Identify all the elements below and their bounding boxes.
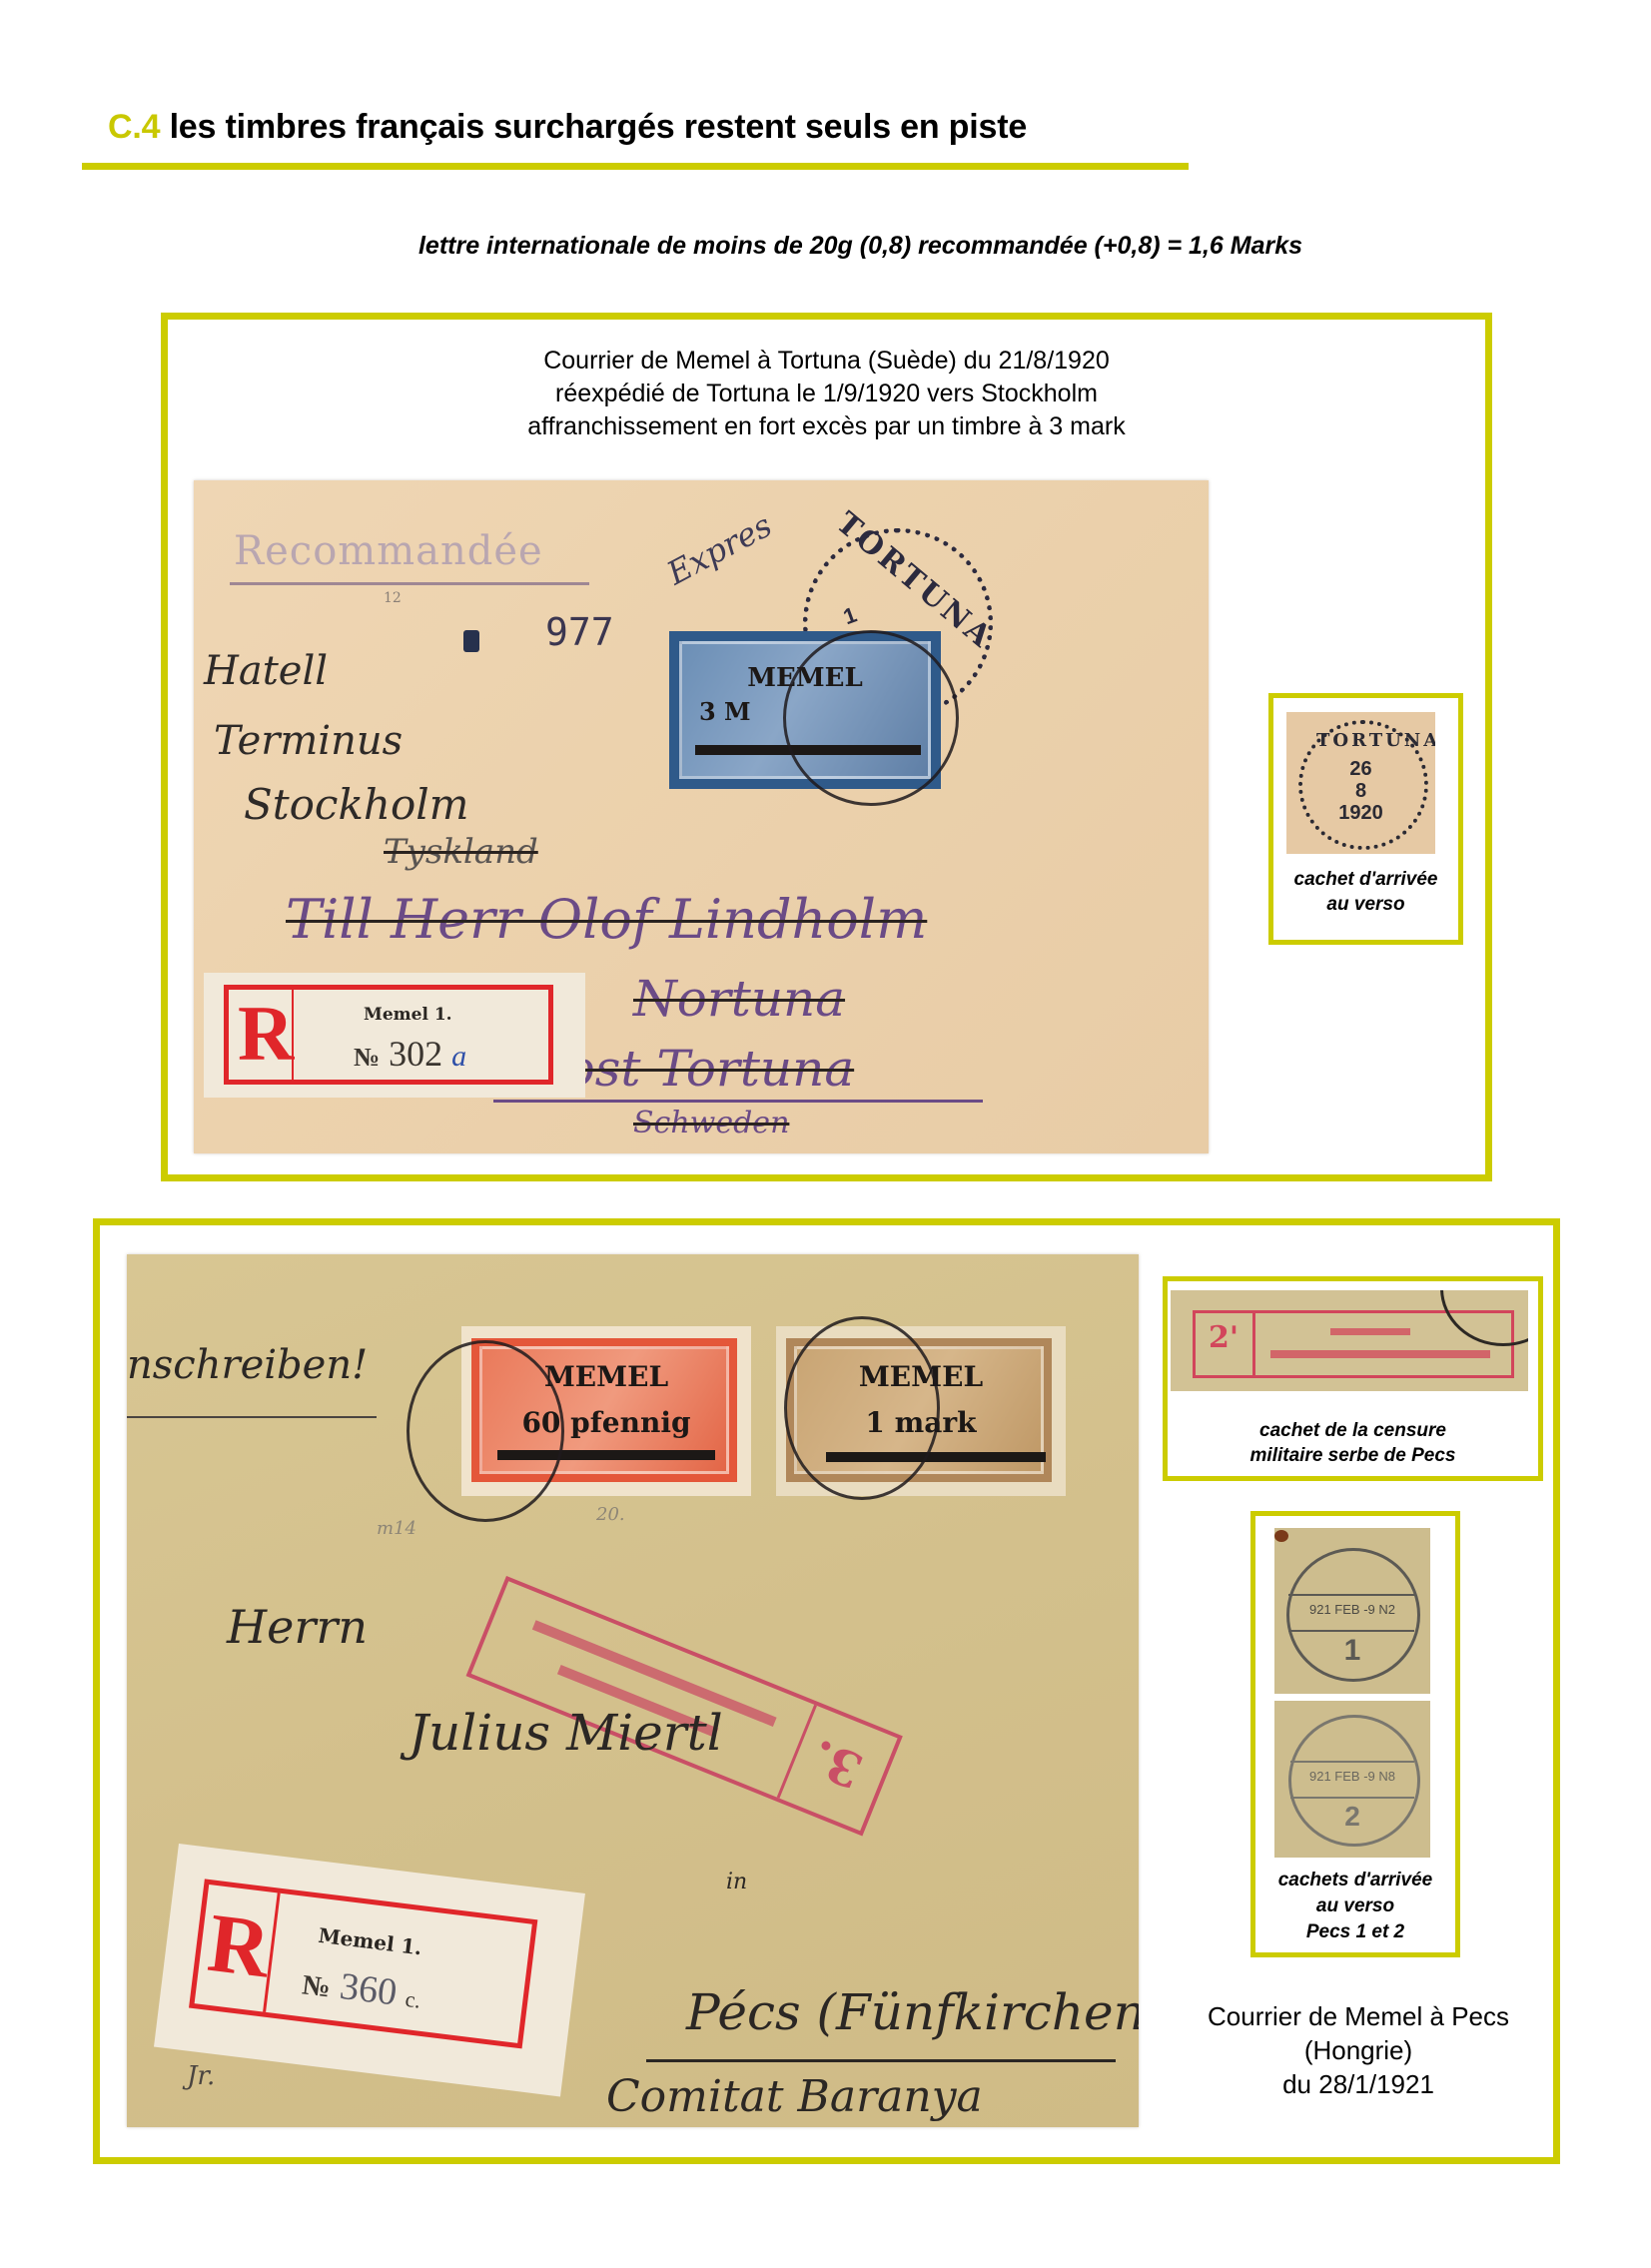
address-line: in — [726, 1870, 747, 1894]
postal-rate-subtitle: lettre internationale de moins de 20g (0… — [0, 232, 1651, 261]
number-suffix: c. — [404, 1986, 421, 2013]
section-number: C.4 — [108, 108, 160, 146]
address-line: Comitat Baranya — [606, 2071, 983, 2122]
address-line: Terminus — [214, 718, 403, 764]
number-prefix: № — [354, 1043, 380, 1072]
postmark-office: 1 — [1274, 1634, 1430, 1668]
address-underline — [646, 2059, 1116, 2062]
censor-divider — [777, 1705, 817, 1799]
cover1-envelope-image: Recommandée 12 977 Expres TORTUNA 1 9 19… — [194, 480, 1209, 1153]
number-value: 302 — [389, 1034, 442, 1074]
initials: Jr. — [187, 2061, 215, 2091]
address-underline — [493, 1100, 983, 1103]
ink-blot — [463, 630, 479, 652]
registration-office: Memel 1. — [364, 1005, 452, 1025]
caption-line: cachets d'arrivée — [1250, 1868, 1460, 1893]
arrival-postmark-year: 1920 — [1286, 802, 1435, 825]
arrival-postmark-day: 26 — [1286, 758, 1435, 781]
cover2-envelope-image: nschreiben! MEMEL 60 pfennig MEMEL 1 mar… — [127, 1254, 1139, 2127]
recommandee-underline — [230, 582, 589, 585]
address-line: Pécs (Fünfkirchen) — [686, 1983, 1139, 2041]
tortuna-arrival-postmark-image: TORTUNA 26 8 1920 — [1286, 712, 1435, 854]
caption-line: au verso — [1250, 1893, 1460, 1919]
caption-line: au verso — [1268, 892, 1463, 917]
cover1-caption-line: affranchissement en fort excès par un ti… — [161, 410, 1492, 443]
pencil-note: 20. — [596, 1504, 625, 1525]
cover1-caption: Courrier de Memel à Tortuna (Suède) du 2… — [161, 345, 1492, 443]
caption-line: du 28/1/1921 — [1169, 2067, 1548, 2101]
pencil-note: 12 — [384, 590, 402, 606]
censor-number: 3. — [803, 1728, 870, 1799]
censor-number: 2' — [1209, 1320, 1238, 1355]
address-line: Herrn — [227, 1600, 368, 1654]
cover1-caption-line: réexpédié de Tortuna le 1/9/1920 vers St… — [161, 378, 1492, 410]
pecs-inset-caption: cachets d'arrivée au verso Pecs 1 et 2 — [1250, 1868, 1460, 1945]
caption-line: militaire serbe de Pecs — [1163, 1443, 1543, 1468]
censor-divider — [1252, 1310, 1255, 1378]
censor-text-line — [1270, 1350, 1490, 1358]
censor-inset-caption: cachet de la censure militaire serbe de … — [1163, 1418, 1543, 1468]
einschreiben-handwriting: nschreiben! — [127, 1342, 368, 1388]
number-prefix: № — [301, 1969, 333, 2003]
caption-line: (Hongrie) — [1169, 2033, 1548, 2067]
caption-line: cachet de la censure — [1163, 1418, 1543, 1443]
caption-line: Courrier de Memel à Pecs — [1169, 1999, 1548, 2033]
page-title: C.4 les timbres français surchargés rest… — [108, 108, 1027, 147]
pencil-note: m14 — [377, 1518, 416, 1539]
postmark-day: 1 — [840, 602, 860, 631]
expres-handwriting: Expres — [661, 506, 778, 592]
address-line-struck: Tyskland — [384, 832, 538, 872]
memel-cancel — [783, 630, 959, 806]
registration-r: R — [238, 989, 294, 1079]
postmark-date: 921 FEB -9 N2 — [1274, 1602, 1430, 1617]
registration-label: R Memel 1. № 302 a — [204, 973, 585, 1098]
arrival-postmark-month: 8 — [1286, 780, 1435, 803]
cover1-caption-line: Courrier de Memel à Tortuna (Suède) du 2… — [161, 345, 1492, 378]
memel-cancel-1 — [407, 1340, 564, 1522]
registration-label: R Memel 1. № 360 c. — [154, 1844, 585, 2096]
caption-line: cachet d'arrivée — [1268, 867, 1463, 892]
caption-line: Pecs 1 et 2 — [1250, 1919, 1460, 1945]
censor-text-line — [1330, 1328, 1410, 1335]
pecs-1-postmark-image: 921 FEB -9 N2 1 — [1274, 1528, 1430, 1694]
registration-number-stamp: 977 — [545, 610, 614, 654]
original-address-line: Nortuna — [633, 970, 845, 1028]
cover2-caption: Courrier de Memel à Pecs (Hongrie) du 28… — [1169, 1999, 1548, 2101]
original-address-line: Till Herr Olof Lindholm — [286, 888, 927, 951]
title-underline — [82, 163, 1189, 170]
address-line: Stockholm — [244, 780, 469, 829]
original-address-line: Schweden — [633, 1106, 789, 1140]
einschreiben-underline — [127, 1416, 377, 1418]
postmark-office: 2 — [1274, 1801, 1430, 1833]
censor-stamp-image: 2' — [1171, 1290, 1528, 1391]
address-line: Hatell — [204, 648, 328, 694]
registration-number: № 302 a — [354, 1033, 466, 1075]
recommandee-stamp: Recommandée — [234, 528, 543, 574]
address-line: Julius Miertl — [409, 1704, 723, 1762]
pecs-2-postmark-image: 921 FEB -9 N8 2 — [1274, 1701, 1430, 1858]
tortuna-inset-caption: cachet d'arrivée au verso — [1268, 867, 1463, 917]
memel-cancel-2 — [784, 1316, 940, 1500]
postmark-date: 921 FEB -9 N8 — [1274, 1769, 1430, 1784]
number-value: 360 — [338, 1965, 400, 2014]
ink-spot — [1274, 1530, 1288, 1542]
arrival-postmark-town: TORTUNA — [1316, 730, 1435, 751]
section-title: les timbres français surchargés restent … — [170, 108, 1027, 146]
registration-r: R — [204, 1898, 275, 1995]
number-suffix: a — [451, 1040, 466, 1073]
